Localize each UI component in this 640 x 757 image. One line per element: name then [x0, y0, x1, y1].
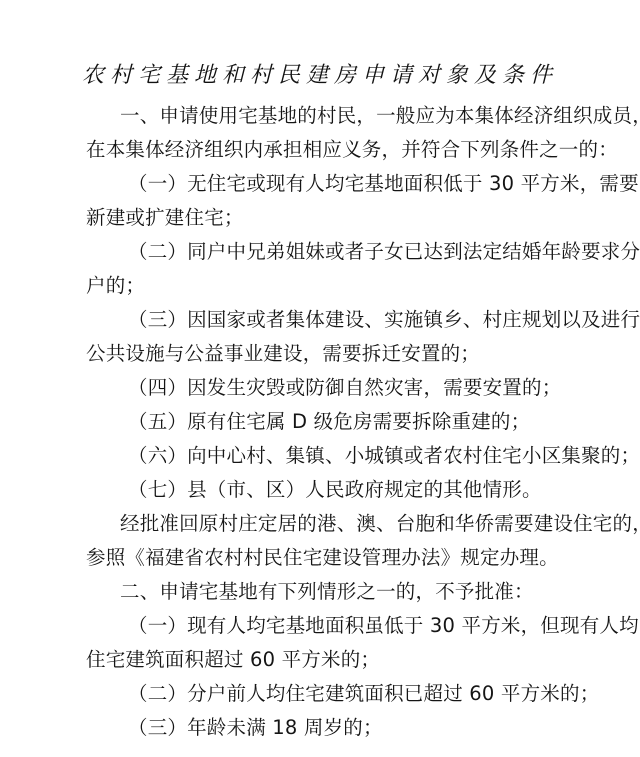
condition-1: （一）无住宅或现有人均宅基地面积低于 30 平方米，需要 [128, 168, 639, 196]
condition-6: （六）向中心村、集镇、小城镇或者农村住宅小区集聚的； [128, 440, 640, 468]
condition-2: （二）同户中兄弟姐妹或者子女已达到法定结婚年龄要求分 [128, 236, 640, 264]
condition-5: （五）原有住宅属 D 级危房需要拆除重建的； [128, 406, 530, 434]
note-paragraph-cont: 参照《福建省农村村民住宅建设管理办法》规定办理。 [86, 542, 559, 570]
condition-3-cont: 公共设施与公益事业建设，需要拆迁安置的； [86, 338, 480, 366]
rejection-2: （二）分户前人均住宅建筑面积已超过 60 平方米的； [128, 678, 599, 706]
page-title: 农村宅基地和村民建房申请对象及条件 [0, 58, 640, 89]
section-1-heading-cont: 在本集体经济组织内承担相应义务，并符合下列条件之一的： [86, 134, 618, 162]
condition-4: （四）因发生灾毁或防御自然灾害，需要安置的； [128, 372, 561, 400]
rejection-1-cont: 住宅建筑面积超过 60 平方米的； [86, 644, 380, 672]
note-paragraph: 经批准回原村庄定居的港、澳、台胞和华侨需要建设住宅的， [120, 508, 640, 536]
condition-7: （七）县（市、区）人民政府规定的其他情形。 [128, 474, 542, 502]
rejection-1: （一）现有人均宅基地面积虽低于 30 平方米，但现有人均 [128, 610, 639, 638]
rejection-3: （三）年龄未满 18 周岁的； [128, 712, 383, 740]
condition-1-cont: 新建或扩建住宅； [86, 202, 244, 230]
condition-3: （三）因国家或者集体建设、实施镇乡、村庄规划以及进行 [128, 304, 640, 332]
condition-2-cont: 户的； [86, 270, 145, 298]
section-2-heading: 二、申请宅基地有下列情形之一的，不予批准： [120, 576, 534, 604]
section-1-heading: 一、申请使用宅基地的村民，一般应为本集体经济组织成员， [120, 100, 640, 128]
